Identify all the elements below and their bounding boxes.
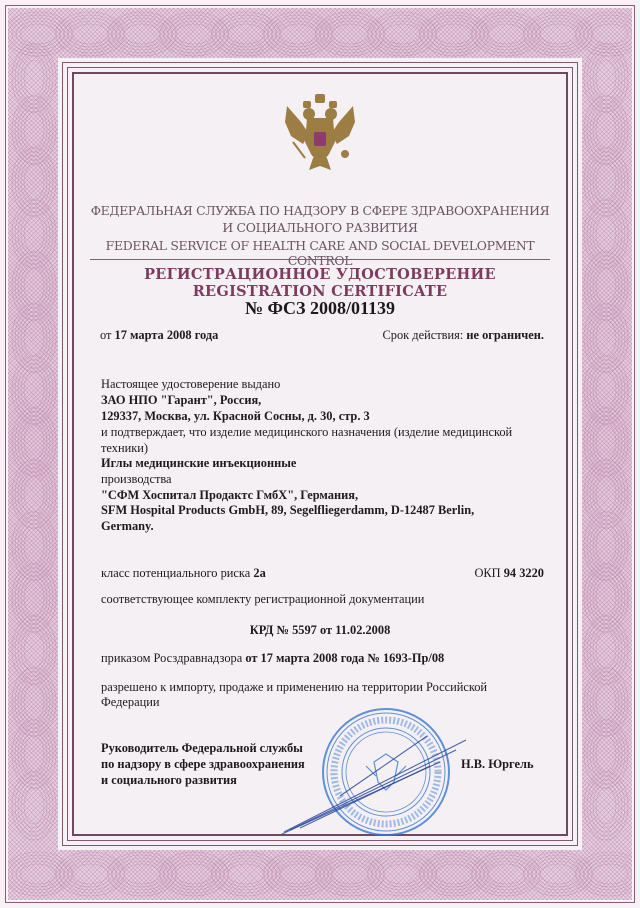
agency-name-ru: ФЕДЕРАЛЬНАЯ СЛУЖБА ПО НАДЗОРУ В СФЕРЕ ЗД… [76, 202, 564, 236]
holder-name: ЗАО НПО "Гарант", Россия, [101, 393, 261, 409]
manufacturer-ru: "СФМ Хоспитал Продактс ГмбХ", Германия, [101, 488, 358, 504]
issue-date: от 17 марта 2008 года [100, 328, 218, 344]
manufacturer-en-line-2: Germany. [101, 519, 154, 535]
permission-line-2: Федерации [101, 695, 160, 711]
risk-class: класс потенциального риска 2а [101, 566, 266, 582]
krd-number: КРД № 5597 от 11.02.2008 [76, 623, 564, 639]
certificate-number: № ФСЗ 2008/01139 [76, 298, 564, 319]
permission-line-1: разрешено к импорту, продаже и применени… [101, 680, 487, 696]
conformity-text: соответствующее комплекту регистрационно… [101, 592, 424, 608]
signatory-position-2: по надзору в сфере здравоохранения [101, 757, 305, 773]
signature-stroke [280, 736, 470, 836]
signatory-position-1: Руководитель Федеральной службы [101, 741, 303, 757]
signatory-name: Н.В. Юргель [461, 757, 534, 773]
okp-code: ОКП 94 3220 [474, 566, 544, 582]
validity-period: Срок действия: не ограничен. [383, 328, 545, 344]
product-name: Иглы медицинские инъекционные [101, 456, 296, 472]
confirms-line-1: и подтверждает, что изделие медицинского… [101, 425, 512, 441]
holder-address: 129337, Москва, ул. Красной Сосны, д. 30… [101, 409, 370, 425]
manufacturer-label: производства [101, 472, 172, 488]
confirms-line-2: техники) [101, 441, 148, 457]
signatory-position-3: и социального развития [101, 773, 237, 789]
header-divider [90, 259, 550, 260]
issued-to-label: Настоящее удостоверение выдано [101, 377, 280, 393]
certificate-title-ru: РЕГИСТРАЦИОННОЕ УДОСТОВЕРЕНИЕ [76, 266, 564, 283]
order-reference: приказом Росздравнадзора от 17 марта 200… [101, 651, 444, 667]
agency-name-en: FEDERAL SERVICE OF HEALTH CARE AND SOCIA… [76, 238, 564, 268]
manufacturer-en-line-1: SFM Hospital Products GmbH, 89, Segelfli… [101, 503, 474, 519]
coat-of-arms-icon [283, 92, 357, 174]
